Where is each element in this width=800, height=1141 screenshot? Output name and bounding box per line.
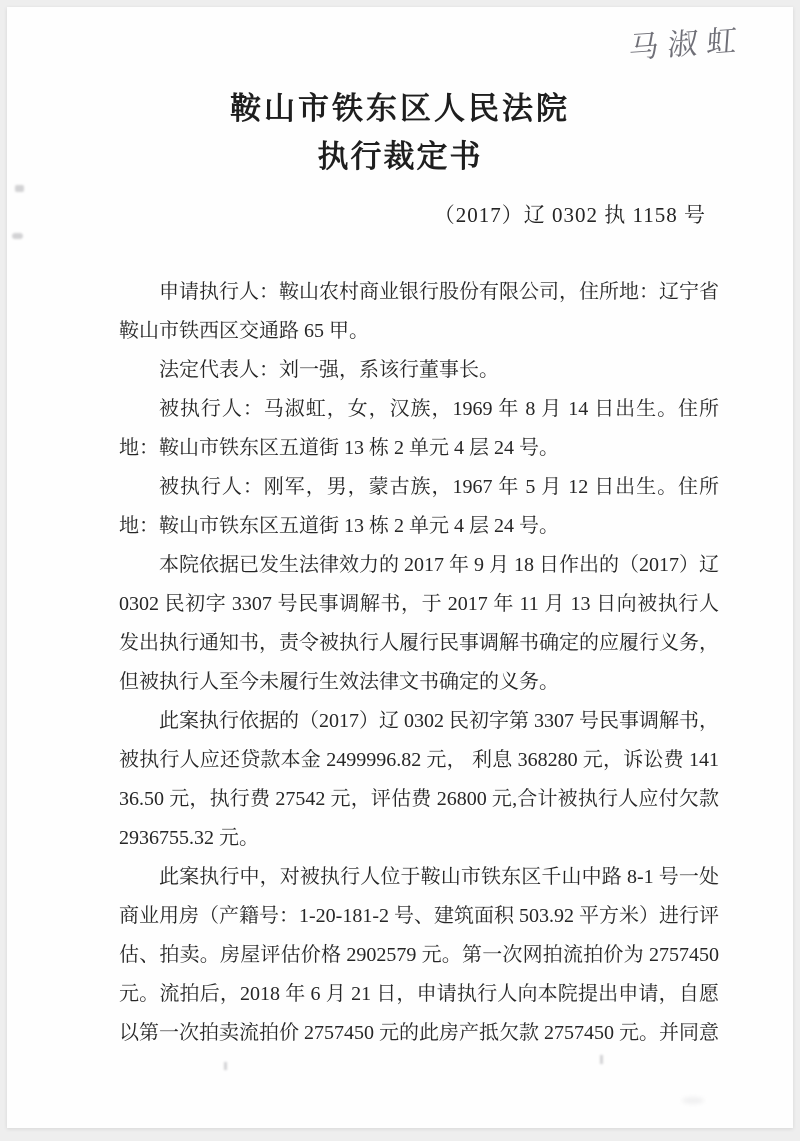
- paragraph-respondent-1: 被执行人：马淑虹，女，汉族，1969 年 8 月 14 日出生。住所地：鞍山市铁…: [119, 390, 719, 468]
- paragraph-legal-representative: 法定代表人：刘一强，系该行董事长。: [119, 351, 719, 390]
- paragraph-debt-amounts: 此案执行依据的（2017）辽 0302 民初字第 3307 号民事调解书，被执行…: [119, 702, 719, 858]
- paragraph-respondent-2: 被执行人：刚军，男，蒙古族，1967 年 5 月 12 日出生。住所地：鞍山市铁…: [119, 468, 719, 546]
- scan-artifact: [12, 233, 23, 239]
- title-block: 鞍山市铁东区人民法院 执行裁定书: [7, 85, 793, 181]
- scan-artifact: [600, 1055, 603, 1064]
- scan-background: 马淑虹 鞍山市铁东区人民法院 执行裁定书 （2017）辽 0302 执 1158…: [0, 0, 800, 1141]
- scan-artifact: [682, 1097, 704, 1104]
- case-number: （2017）辽 0302 执 1158 号: [434, 199, 706, 229]
- paragraph-enforcement-basis: 本院依据已发生法律效力的 2017 年 9 月 18 日作出的（2017）辽 0…: [119, 546, 719, 702]
- document-type-title: 执行裁定书: [7, 133, 793, 181]
- paragraph-property-auction: 此案执行中，对被执行人位于鞍山市铁东区千山中路 8-1 号一处商业用房（产籍号：…: [119, 858, 719, 1053]
- handwritten-name-annotation: 马淑虹: [628, 15, 748, 67]
- scan-artifact: [224, 1062, 227, 1070]
- paragraph-applicant: 申请执行人：鞍山农村商业银行股份有限公司，住所地：辽宁省鞍山市铁西区交通路 65…: [119, 273, 719, 351]
- document-page: 马淑虹 鞍山市铁东区人民法院 执行裁定书 （2017）辽 0302 执 1158…: [7, 7, 793, 1128]
- scan-artifact: [15, 185, 24, 192]
- document-body: 申请执行人：鞍山农村商业银行股份有限公司，住所地：辽宁省鞍山市铁西区交通路 65…: [119, 273, 719, 1053]
- court-name-title: 鞍山市铁东区人民法院: [7, 85, 793, 133]
